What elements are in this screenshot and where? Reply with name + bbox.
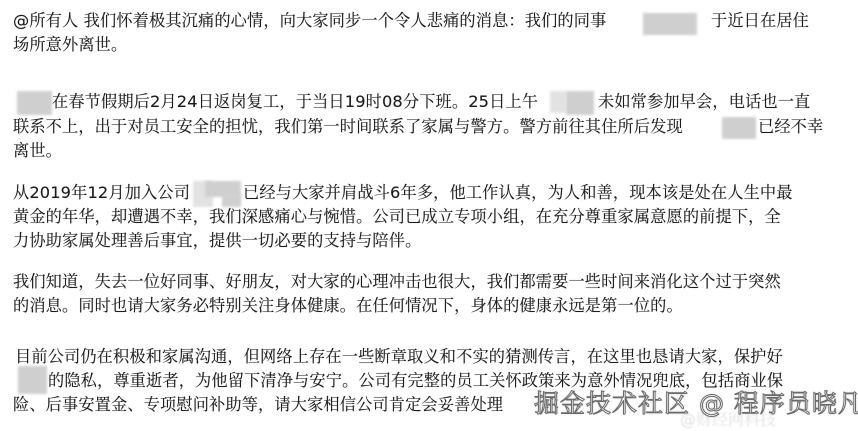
- redacted-name: [222, 195, 241, 207]
- redacted-name: [722, 117, 756, 139]
- paragraph-1-line-1-cont: 于近日在居住: [711, 11, 809, 31]
- paragraph-5-line-2: 的隐私，尊重逝者，为他留下清净与安宁。公司有完整的员工关怀政策来为意外情况兜底，…: [48, 371, 783, 391]
- redacted-name: [643, 13, 697, 35]
- paragraph-2-line-3: 离世。: [13, 141, 62, 161]
- paragraph-1-line-1: @所有人 我们怀着极其沉痛的心情，向大家同步一个令人悲痛的消息：我们的同事: [13, 11, 606, 31]
- paragraph-2-line-2: 联系不上，出于对员工安全的担忧，我们第一时间联系了家属与警方。警方前往其住所后发…: [13, 117, 683, 137]
- paragraph-2-line-1: 在春节假期后2月24日返岗复工，于当日19时08分下班。25日上午: [52, 92, 538, 112]
- redacted-name: [18, 366, 47, 394]
- announcement-document: @所有人 我们怀着极其沉痛的心情，向大家同步一个令人悲痛的消息：我们的同事 于近…: [0, 0, 858, 431]
- paragraph-2-line-1-cont: 未如常参加早会，电话也一直: [598, 92, 810, 112]
- paragraph-4-line-1: 我们知道，失去一位好同事、好朋友，对大家的心理冲击也很大，我们都需要一些时间来消…: [13, 272, 781, 292]
- paragraph-3-line-3: 力协助家属处理善后事宜，提供一切必要的支持与陪伴。: [13, 231, 421, 251]
- paragraph-2-line-2-cont: 已经不幸: [758, 117, 823, 137]
- paragraph-4-line-2: 的消息。同时也请大家务必特别关注身体健康。在任何情况下，身体的健康永远是第一位的…: [13, 296, 683, 316]
- paragraph-5-line-1: 目前公司仍在积极和家属沟通，但网络上存在一些断章取义和不实的猜测传言，在这里也恳…: [15, 347, 783, 367]
- redacted-name: [17, 91, 52, 115]
- redacted-name: [550, 91, 566, 113]
- redacted-name: [566, 91, 594, 115]
- paragraph-3-line-1: 从2019年12月加入公司: [13, 183, 190, 203]
- paragraph-1-line-2: 场所意外离世。: [13, 35, 127, 55]
- paragraph-5-line-3: 险、后事安置金、专项慰问补助等，请大家相信公司肯定会妥善处理: [13, 395, 503, 415]
- juejin-watermark: 掘金技术社区 @ 程序员晓凡: [534, 389, 858, 419]
- paragraph-3-line-2: 黄金的年华，却遭遇不幸，我们深感痛心与惋惜。公司已成立专项小组，在充分尊重家属意…: [13, 207, 781, 227]
- paragraph-3-line-1-cont: 已经与大家并肩战斗6年多，他工作认真，为人和善，现本该是处在人生中最: [243, 183, 793, 203]
